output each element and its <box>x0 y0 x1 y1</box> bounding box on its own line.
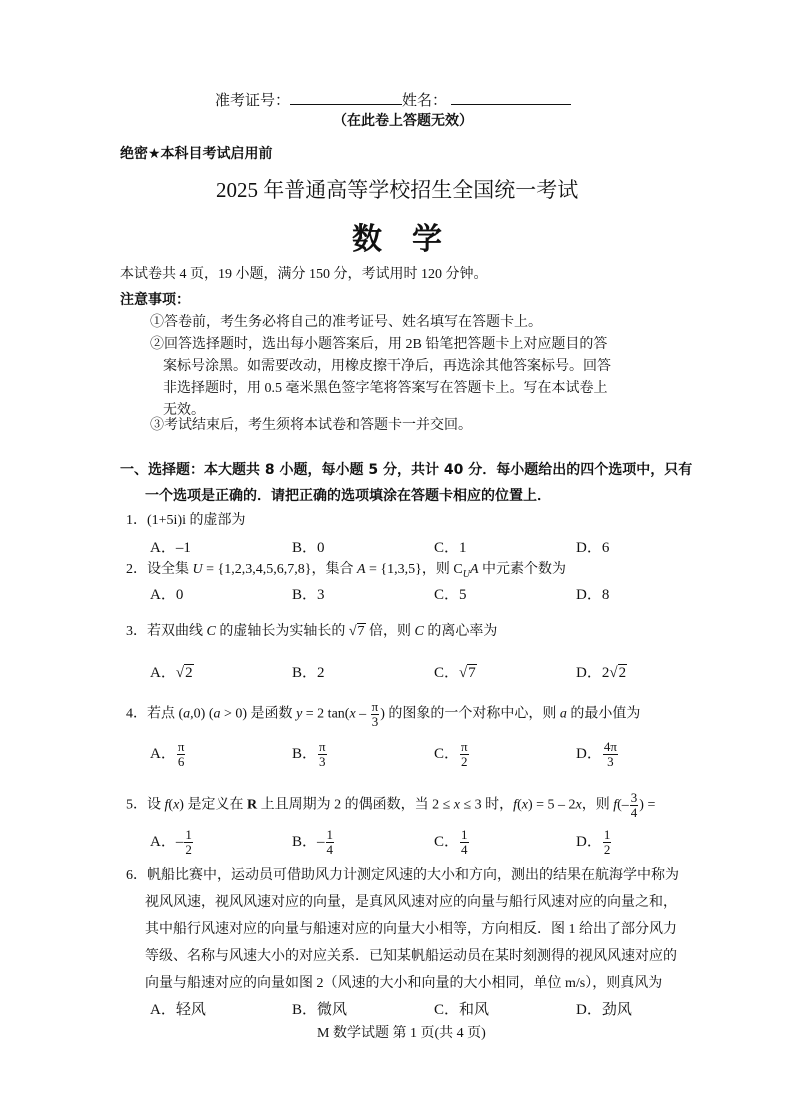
q3-option-a: A．√2 <box>150 661 194 682</box>
question-text: 的离心率为 <box>424 624 498 639</box>
question-text: 若双曲线 <box>147 624 207 639</box>
notice-item: 案标号涂黑。如需要改动，用橡皮擦干净后，再选涂其他答案标号。回答 <box>163 355 611 375</box>
q6-option-b: B．微风 <box>292 998 347 1019</box>
question-text: (1+5i)i 的虚部为 <box>147 513 246 528</box>
question-text: ,0) ( <box>190 707 213 722</box>
question-text: = 2 tan( <box>302 707 349 722</box>
question-text: 设全集 <box>147 562 193 577</box>
page-footer: M 数学试题 第 1 页(共 4 页) <box>317 1022 486 1042</box>
question-6-line: 其中船行风速对应的向量与船速对应的向量大小相等，方向相反．图 1 给出了部分风力 <box>145 918 677 938</box>
exam-id-field: 准考证号：姓名： <box>215 89 571 110</box>
q3-option-c: C．√7 <box>434 661 477 682</box>
notice-item: ③考试结束后，考生须将本试卷和答题卡一并交回。 <box>150 414 472 434</box>
question-6-line: 向量与船速对应的向量如图 2（风速的大小和向量的大小相同，单位 m/s），则真风… <box>145 972 662 992</box>
section-heading-cont: 一个选项是正确的．请把正确的选项填涂在答题卡相应的位置上． <box>145 485 551 505</box>
question-2-stem: 2．设全集 U = {1,2,3,4,5,6,7,8}，集合 A = {1,3,… <box>126 558 566 580</box>
fraction: π3 <box>371 700 380 729</box>
notices-heading: 注意事项： <box>120 289 190 309</box>
question-number: 3． <box>126 624 147 639</box>
secret-label: 绝密★本科目考试启用前 <box>120 143 273 163</box>
question-number: 6． <box>126 868 147 883</box>
section-heading: 一、选择题：本大题共 8 小题，每小题 5 分，共计 40 分．每小题给出的四个… <box>120 459 692 479</box>
q3-option-b: B．2 <box>292 661 325 682</box>
q5-option-d: D．12 <box>576 828 612 857</box>
exam-summary: 本试卷共 4 页，19 小题，满分 150 分，考试用时 120 分钟。 <box>120 263 488 283</box>
q1-option-c: C．1 <box>434 536 467 557</box>
q6-option-d: D．劲风 <box>576 998 632 1019</box>
math-var: A <box>357 562 366 577</box>
q1-option-d: D．6 <box>576 536 609 557</box>
question-text: = {1,2,3,4,5,6,7,8}，集合 <box>203 562 357 577</box>
question-6-line: 等级、名称与风速大小的对应关系．已知某帆船运动员在某时刻测得的视风风速对应的 <box>145 945 677 965</box>
question-text: 中元素个数为 <box>479 562 567 577</box>
question-text: 若点 ( <box>147 707 183 722</box>
fraction: 34 <box>630 791 639 820</box>
question-5-stem: 5．设 f(x) 是定义在 R 上且周期为 2 的偶函数，当 2 ≤ x ≤ 3… <box>126 791 655 820</box>
question-1-stem: 1．(1+5i)i 的虚部为 <box>126 509 246 529</box>
notice-item: ①答卷前，考生务必将自己的准考证号、姓名填写在答题卡上。 <box>150 311 542 331</box>
name-blank <box>451 90 571 105</box>
math-var: a <box>560 707 567 722</box>
math-var: a <box>214 707 221 722</box>
question-6-stem: 6．帆船比赛中，运动员可借助风力计测定风速的大小和方向，测出的结果在航海学中称为 <box>126 864 679 884</box>
math-var: A <box>470 562 479 577</box>
sqrt-symbol: √7 <box>349 624 366 640</box>
q4-option-a: A．π6 <box>150 740 186 769</box>
math-var: C <box>415 624 424 639</box>
invalid-note: （在此卷上答题无效） <box>333 110 473 130</box>
q2-option-a: A．0 <box>150 583 183 604</box>
q4-option-d: D．4π3 <box>576 740 619 769</box>
q6-option-a: A．轻风 <box>150 998 206 1019</box>
question-number: 1． <box>126 513 147 528</box>
q6-option-c: C．和风 <box>434 998 489 1019</box>
question-number: 2． <box>126 562 147 577</box>
subject-title: 数 学 <box>352 214 442 258</box>
question-text: > 0) 是函数 <box>221 707 297 722</box>
q5-option-a: A．–12 <box>150 828 194 857</box>
q5-option-b: B．–14 <box>292 828 335 857</box>
question-6-line: 视风风速，视风风速对应的向量，是真风风速对应的向量与船行风速对应的向量之和， <box>145 891 677 911</box>
exam-id-label: 准考证号： <box>215 93 290 109</box>
q3-option-d: D．2√2 <box>576 661 627 682</box>
math-subscript: U <box>463 569 470 580</box>
question-text: 帆船比赛中，运动员可借助风力计测定风速的大小和方向，测出的结果在航海学中称为 <box>147 868 679 883</box>
q5-option-c: C．14 <box>434 828 470 857</box>
question-text: 倍，则 <box>366 624 415 639</box>
q1-option-b: B．0 <box>292 536 325 557</box>
question-text: = {1,3,5}，则 C <box>366 562 463 577</box>
exam-id-blank <box>290 90 402 105</box>
q1-option-a: A．–1 <box>150 536 191 557</box>
notice-item: ②回答选择题时，选出每小题答案后，用 2B 铅笔把答题卡上对应题目的答 <box>150 333 607 353</box>
name-label: 姓名： <box>402 93 447 109</box>
math-var: U <box>193 562 203 577</box>
math-var: C <box>207 624 216 639</box>
q4-option-c: C．π2 <box>434 740 470 769</box>
question-4-stem: 4．若点 (a,0) (a > 0) 是函数 y = 2 tan(x – π3)… <box>126 700 640 729</box>
question-number: 4． <box>126 707 147 722</box>
radicand: 7 <box>357 623 366 639</box>
question-text: – <box>356 707 370 722</box>
exam-title: 2025 年普通高等学校招生全国统一考试 <box>216 174 578 204</box>
q2-option-b: B．3 <box>292 583 325 604</box>
question-3-stem: 3．若双曲线 C 的虚轴长为实轴长的 √7 倍，则 C 的离心率为 <box>126 620 497 640</box>
question-text: 的虚轴长为实轴长的 <box>216 624 349 639</box>
question-text: 的最小值为 <box>567 707 641 722</box>
notice-item: 非选择题时，用 0.5 毫米黑色签字笔将答案写在答题卡上。写在本试卷上 <box>163 377 608 397</box>
q4-option-b: B．π3 <box>292 740 328 769</box>
question-number: 5． <box>126 798 147 813</box>
q2-option-d: D．8 <box>576 583 609 604</box>
question-text: ) 的图象的一个对称中心，则 <box>380 707 560 722</box>
q2-option-c: C．5 <box>434 583 467 604</box>
